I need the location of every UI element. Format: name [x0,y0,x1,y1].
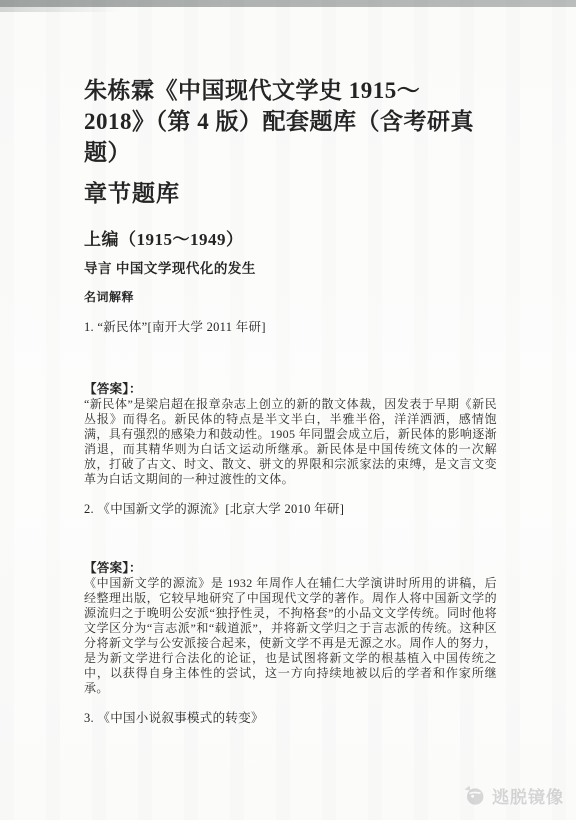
watermark-text: 逃脱镜像 [492,783,564,808]
page-content: 朱栋霖《中国现代文学史 1915～ 2018》（第 4 版）配套题库（含考研真 … [84,0,497,726]
book-title-line-3: 题） [84,137,497,168]
question-type-heading: 名词解释 [84,290,497,305]
answer-label-1: 【答案】： [84,382,497,397]
answer-block-2: 【答案】： 《中国新文学的源流》是 1932 年周作人在辅仁大学演讲时所用的讲稿… [84,561,497,696]
book-title-line-1: 朱栋霖《中国现代文学史 1915～ [84,75,497,106]
escape-mirror-logo-icon [461,782,487,808]
chapter-title: 导言 中国文学现代化的发生 [84,260,497,277]
question-1: 1. “新民体”[南开大学 2011 年研] [84,319,497,335]
book-title-line-2: 2018》（第 4 版）配套题库（含考研真 [84,106,497,137]
answer-block-1: 【答案】： “新民体”是梁启超在报章杂志上创立的新的散文体裁，因发表于早期《新民… [84,382,497,487]
answer-text-1: “新民体”是梁启超在报章杂志上创立的新的散文体裁，因发表于早期《新民丛报》而得名… [84,397,497,487]
watermark: 逃脱镜像 [461,782,564,808]
section-title: 章节题库 [84,180,497,207]
document-page: 朱栋霖《中国现代文学史 1915～ 2018》（第 4 版）配套题库（含考研真 … [0,0,576,820]
answer-label-2: 【答案】： [84,561,497,576]
part-title: 上编（1915～1949） [84,228,497,251]
question-2: 2. 《中国新文学的源流》[北京大学 2010 年研] [84,501,497,517]
book-title: 朱栋霖《中国现代文学史 1915～ 2018》（第 4 版）配套题库（含考研真 … [84,75,497,168]
question-3: 3. 《中国小说叙事模式的转变》 [84,710,497,726]
answer-text-2: 《中国新文学的源流》是 1932 年周作人在辅仁大学演讲时所用的讲稿，后经整理出… [84,576,497,696]
